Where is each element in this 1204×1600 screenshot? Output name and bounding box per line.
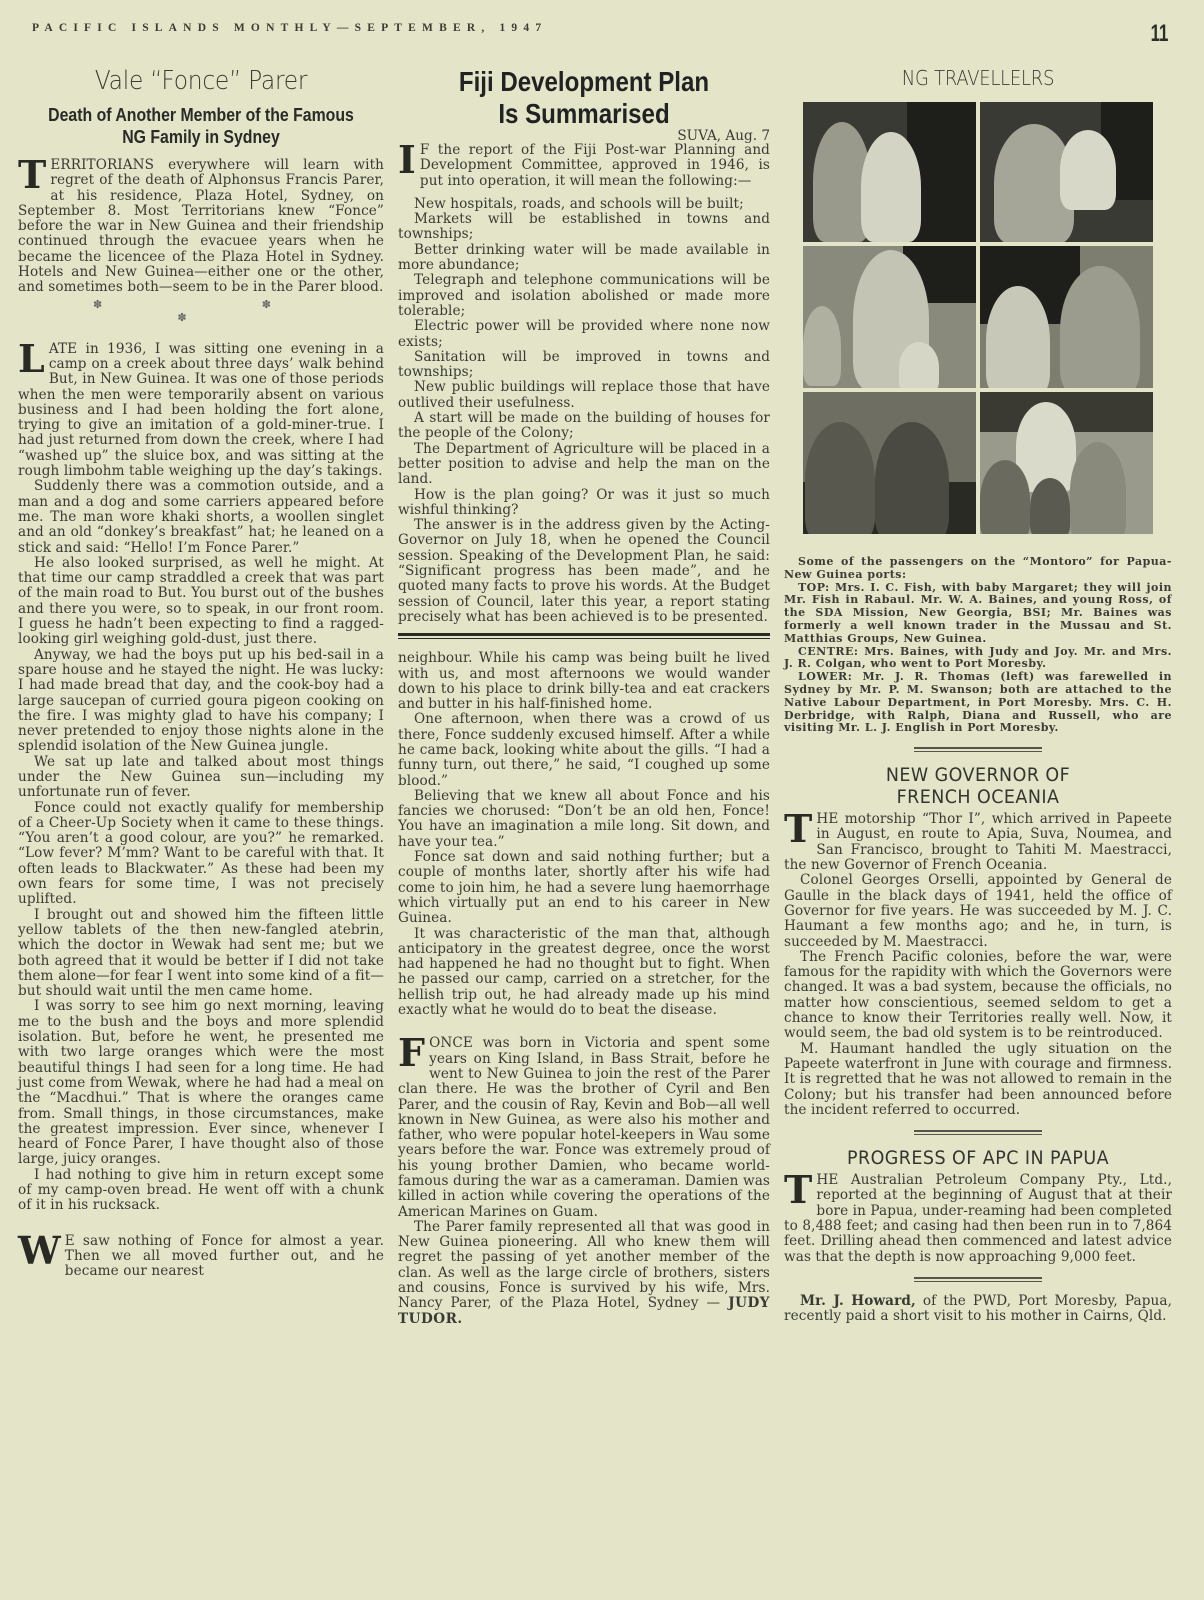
photo-thomas-swanson	[803, 392, 976, 534]
vale-section2-lead: LATE in 1936, I was sitting one evening …	[18, 342, 384, 480]
fiji-list-item: Telegraph and telephone communications w…	[398, 273, 770, 319]
vale-section3-lead: WE saw nothing of Fonce for almost a yea…	[18, 1234, 384, 1280]
fiji-list-item: Markets will be established in towns and…	[398, 212, 770, 243]
dropcap: W	[18, 1236, 61, 1266]
paragraph: M. Haumant handled the ugly situation on…	[784, 1042, 1172, 1118]
photo-fish-margaret	[803, 102, 976, 242]
vale-subtitle: Death of Another Member of the Famous NG…	[40, 104, 362, 148]
column-3: NG TRAVELLELRS Some of the passengers on…	[784, 66, 1172, 1324]
fiji-list-item: The Department of Agriculture will be pl…	[398, 442, 770, 488]
dropcap: I	[398, 145, 416, 175]
fiji-list-item: Electric power will be provided where no…	[398, 319, 770, 350]
travellers-title: NG TRAVELLELRS	[803, 66, 1152, 90]
governor-title: NEW GOVERNOR OFFRENCH OCEANIA	[800, 764, 1157, 808]
apc-body: THE Australian Petroleum Company Pty., L…	[784, 1173, 1172, 1265]
paragraph: Believing that we knew all about Fonce a…	[398, 789, 770, 850]
paragraph: The answer is in the address given by th…	[398, 518, 770, 625]
column-2: Fiji Development PlanIs Summarised SUVA,…	[398, 66, 770, 1327]
divider-rule	[914, 747, 1042, 752]
paragraph: How is the plan going? Or was it just so…	[398, 488, 770, 519]
photo-colgans	[980, 246, 1153, 388]
paragraph: Fonce could not exactly qualify for memb…	[18, 801, 384, 908]
vale-section4-lead: FONCE was born in Victoria and spent som…	[398, 1036, 770, 1220]
photo-caption-top: TOP: Mrs. I. C. Fish, with baby Margaret…	[784, 582, 1172, 646]
running-head: PACIFIC ISLANDS MONTHLY—SEPTEMBER, 1947	[32, 22, 547, 34]
fiji-title: Fiji Development PlanIs Summarised	[424, 66, 744, 130]
paragraph: I brought out and showed him the fifteen…	[18, 908, 384, 1000]
fiji-intro: IF the report of the Fiji Post-war Plann…	[398, 143, 770, 189]
governor-lead: THE motorship “Thor I”, which arrived in…	[784, 812, 1172, 873]
paragraph: We sat up late and talked about most thi…	[18, 755, 384, 801]
fiji-list-item: New hospitals, roads, and schools will b…	[398, 197, 770, 212]
paragraph: I had nothing to give him in return exce…	[18, 1168, 384, 1214]
photo-mrs-baines-judy-joy	[803, 246, 976, 388]
column-1: Vale “Fonce” Parer Death of Another Memb…	[18, 66, 384, 1279]
photo-grid	[803, 102, 1153, 534]
paragraph: One afternoon, when there was a crowd of…	[398, 712, 770, 788]
photo-baines-ross	[980, 102, 1153, 242]
photo-caption-centre: CENTRE: Mrs. Baines, with Judy and Joy. …	[784, 646, 1172, 672]
vale-title: Vale “Fonce” Parer	[36, 66, 365, 96]
photo-caption-lower: LOWER: Mr. J. R. Thomas (left) was farew…	[784, 671, 1172, 735]
vale-continued: neighbour. While his camp was being buil…	[398, 651, 770, 712]
section-separator: ✽ ✽ ✽	[58, 298, 384, 324]
divider-rule	[914, 1277, 1042, 1282]
paragraph: Anyway, we had the boys put up his bed-s…	[18, 648, 384, 755]
fiji-list-item: New public buildings will replace those …	[398, 380, 770, 411]
photo-caption-intro: Some of the passengers on the “Montoro” …	[784, 556, 1172, 582]
apc-title: PROGRESS OF APC IN PAPUA	[800, 1147, 1157, 1169]
dropcap: T	[784, 814, 812, 844]
howard-brief: Mr. J. Howard, of the PWD, Port Moresby,…	[784, 1294, 1172, 1325]
paragraph: Colonel Georges Orselli, appointed by Ge…	[784, 873, 1172, 949]
paragraph: The French Pacific colonies, before the …	[784, 950, 1172, 1042]
paragraph: Suddenly there was a commotion outside, …	[18, 479, 384, 555]
vale-intro: TERRITORIANS everywhere will learn with …	[18, 158, 384, 296]
page-number: 11	[1150, 20, 1168, 48]
divider-rule	[914, 1130, 1042, 1135]
photo-derbridge-family	[980, 392, 1153, 534]
fiji-list-item: Sanitation will be improved in towns and…	[398, 350, 770, 381]
brief-name: Mr. J. Howard,	[800, 1293, 916, 1309]
dropcap: T	[784, 1175, 812, 1205]
paragraph: It was characteristic of the man that, a…	[398, 927, 770, 1019]
fiji-list-item: A start will be made on the building of …	[398, 411, 770, 442]
paragraph: Fonce sat down and said nothing further;…	[398, 850, 770, 926]
fiji-list-item: Better drinking water will be made avail…	[398, 243, 770, 274]
paragraph: I was sorry to see him go next morning, …	[18, 999, 384, 1167]
dropcap: L	[18, 344, 45, 374]
paragraph: He also looked surprised, as well he mig…	[18, 556, 384, 648]
column-divider-rule	[398, 633, 770, 639]
dropcap: T	[18, 160, 46, 190]
dropcap: F	[398, 1038, 425, 1068]
vale-final-paragraph: The Parer family represented all that wa…	[398, 1220, 770, 1327]
